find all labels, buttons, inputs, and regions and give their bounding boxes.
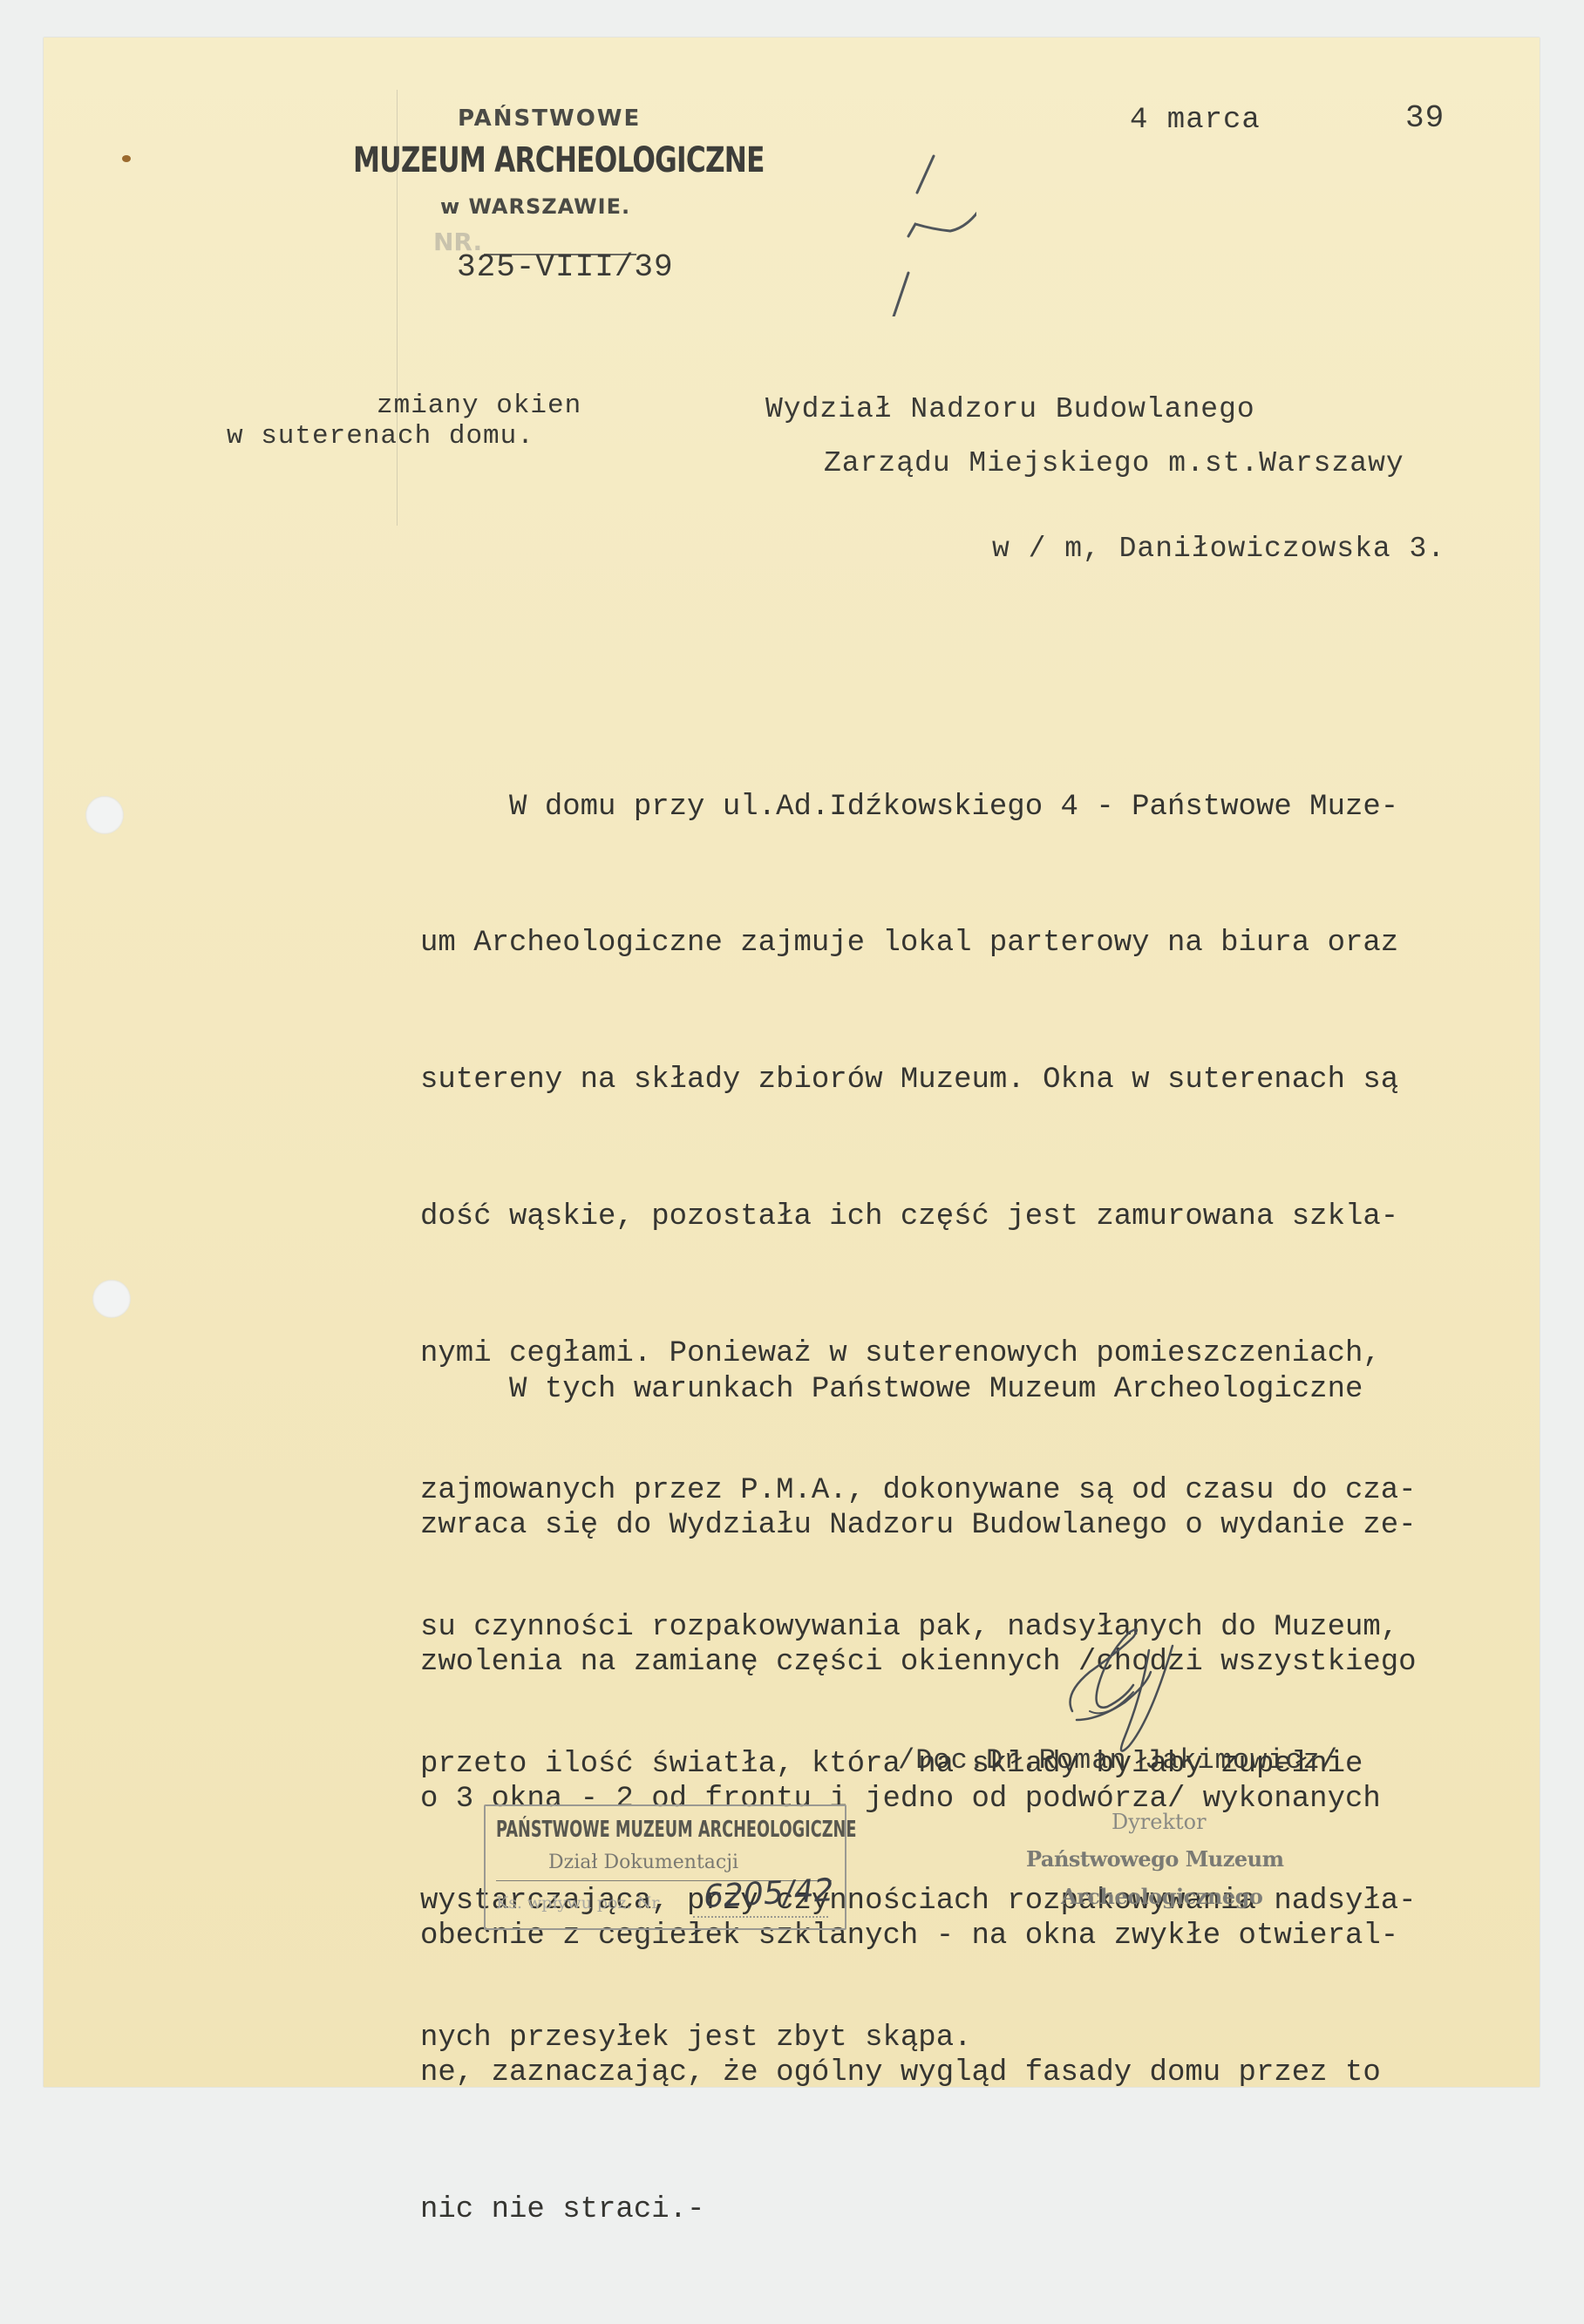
registry-stamp: PAŃSTWOWE MUZEUM ARCHEOLOGICZNE Dział Do…	[484, 1804, 846, 1930]
director-stamp-line-2: Państwowego Muzeum	[1026, 1846, 1284, 1872]
reference-number: 325-VIII/39	[457, 249, 674, 285]
recipient-line-1: Wydział Nadzoru Budowlanego	[765, 393, 1255, 425]
handwritten-signature-initials	[1037, 1589, 1212, 1763]
registry-stamp-line-1: PAŃSTWOWE MUZEUM ARCHEOLOGICZNE	[496, 1817, 856, 1843]
body-line: sutereny na składy zbiorów Muzeum. Okna …	[420, 1057, 1417, 1103]
document-page: PAŃSTWOWE MUZEUM ARCHEOLOGICZNE w WARSZA…	[44, 37, 1540, 2087]
registry-stamp-line-2: Dział Dokumentacji	[548, 1852, 738, 1873]
pencil-tick-marks	[872, 116, 976, 316]
body-line: dość wąskie, pozostała ich część jest za…	[420, 1194, 1417, 1240]
director-stamp-line-1: Dyrektor	[1112, 1810, 1207, 1834]
body-line: ne, zaznaczając, że ogólny wygląd fasady…	[420, 2050, 1417, 2096]
recipient-line-3: w / m, Daniłowiczowska 3.	[992, 533, 1445, 565]
body-line: zwolenia na zamianę części okiennych /ch…	[420, 1640, 1417, 1685]
subject-line-2: w suterenach domu.	[227, 421, 534, 452]
typed-signatory-name: /Doc.Dr.Roman Jakimowicz/	[898, 1744, 1338, 1777]
body-paragraph-2: W tych warunkach Państwowe Muzeum Archeo…	[420, 1275, 1417, 2126]
letterhead-stamp: PAŃSTWOWE MUZEUM ARCHEOLOGICZNE w WARSZA…	[353, 72, 754, 273]
date-year: 39	[1405, 100, 1445, 136]
punch-hole-top	[85, 796, 124, 834]
recipient-line-2: Zarządu Miejskiego m.st.Warszawy	[824, 447, 1404, 479]
subject-line-1: zmiany okien	[377, 391, 581, 421]
body-line: W domu przy ul.Ad.Idźkowskiego 4 - Państ…	[420, 785, 1417, 830]
rust-stain	[122, 155, 131, 162]
letterhead-line-3: w WARSZAWIE.	[440, 194, 630, 219]
registry-stamp-entry-value: 6205/42	[703, 1872, 835, 1915]
registry-stamp-entry-dotted-line	[693, 1916, 828, 1918]
date-day-month: 4 marca	[1130, 104, 1261, 137]
body-line: um Archeologiczne zajmuje lokal parterow…	[420, 921, 1417, 966]
director-stamp-line-3: Archeologicznego	[1061, 1884, 1262, 1909]
body-line: W tych warunkach Państwowe Muzeum Archeo…	[420, 1367, 1417, 1412]
registry-stamp-entry-label: Ks. wpływu poz. Nr	[496, 1893, 659, 1913]
pencil-margin-line	[397, 90, 398, 526]
letterhead-line-1: PAŃSTWOWE	[458, 105, 641, 132]
letterhead-line-2: MUZEUM ARCHEOLOGICZNE	[353, 140, 765, 180]
body-line: zwraca się do Wydziału Nadzoru Budowlane…	[420, 1503, 1417, 1548]
punch-hole-bottom	[92, 1280, 131, 1318]
